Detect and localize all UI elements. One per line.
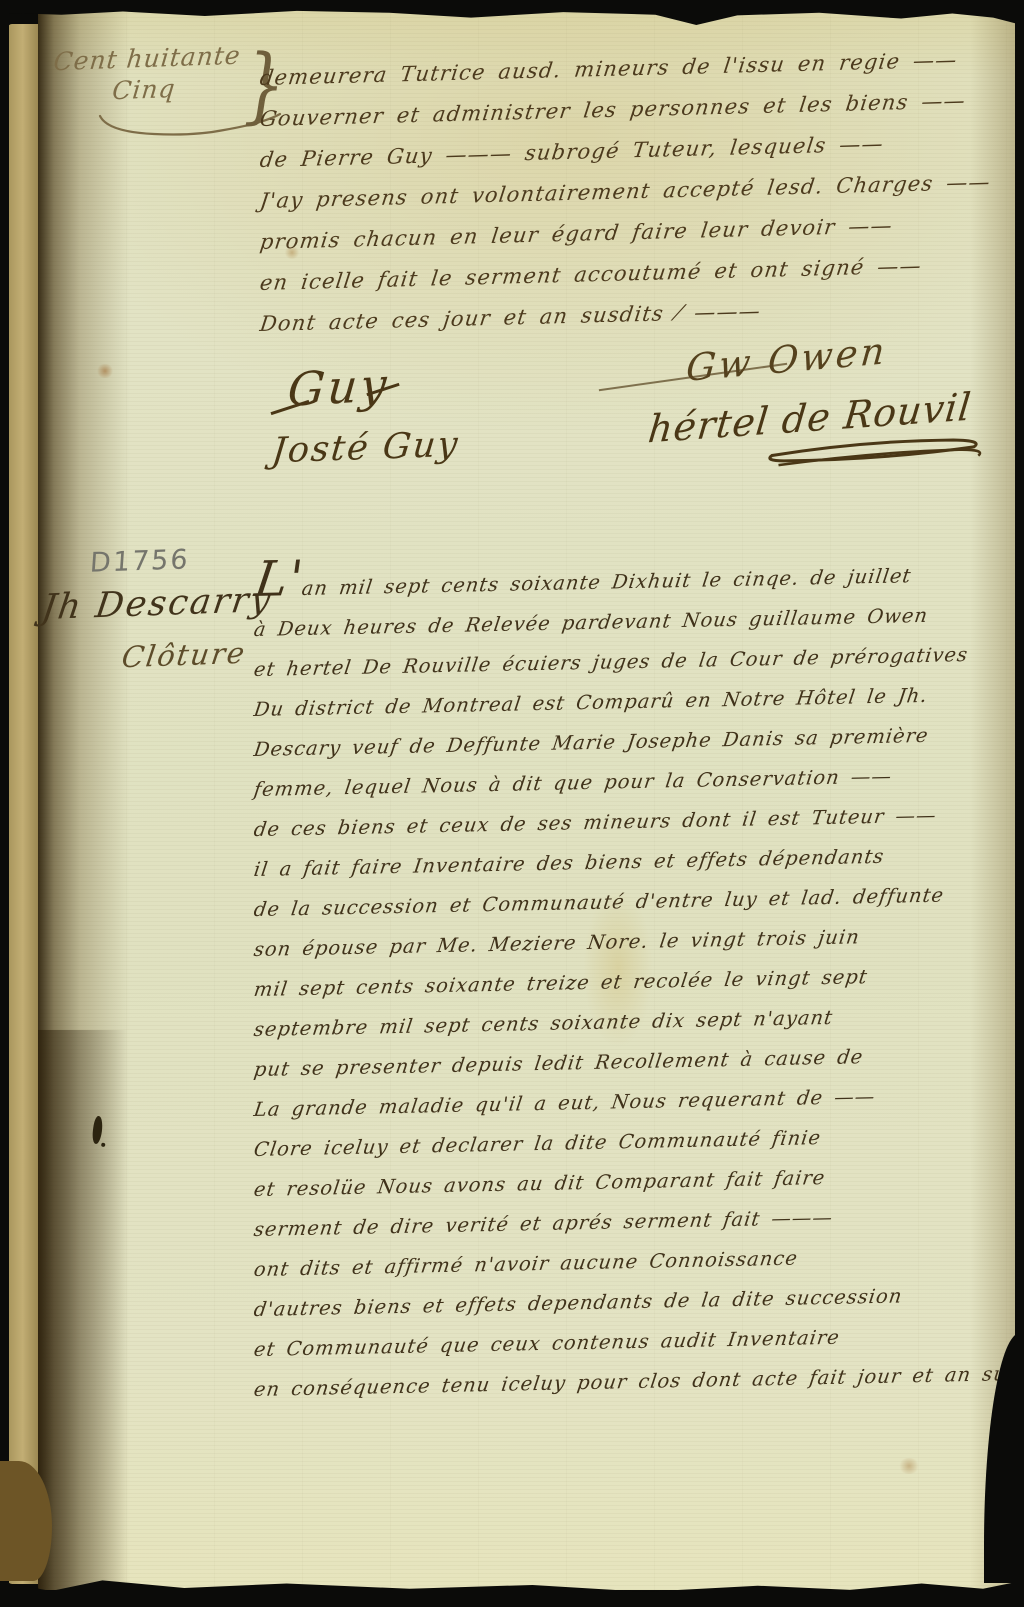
signature-guy: Guy xyxy=(286,357,392,417)
margin-archive-ref-pencil: D1756 xyxy=(89,544,191,579)
manuscript-page: Cent huitante Cinq } demeurera Tutrice a… xyxy=(38,8,1016,1590)
act-closing-paragraph: demeurera Tutrice ausd. mineurs de l'iss… xyxy=(260,58,991,345)
margin-folio-number: Cent huitante Cinq xyxy=(49,41,242,108)
signature-joste-guy: Josté Guy xyxy=(270,425,461,472)
folio-line-1: Cent huitante xyxy=(52,41,242,77)
gutter-shadow-lower xyxy=(38,1030,158,1590)
foxing-stain xyxy=(898,1458,920,1474)
manuscript-scan: { "margin": { "folio_line1": "Cent huita… xyxy=(0,0,1024,1607)
margin-party-name: Jh Descarry xyxy=(39,580,275,628)
scan-edge-left xyxy=(0,0,9,1607)
foxing-stain xyxy=(96,364,114,378)
ink-blot xyxy=(91,1116,103,1145)
folio-line-2: Cinq xyxy=(111,72,239,105)
act-cloture-paragraph: L'an mil sept cents soixante Dixhuit le … xyxy=(254,570,1024,1410)
margin-act-type: Clôture xyxy=(120,636,249,675)
gutter-shadow xyxy=(38,8,133,1590)
